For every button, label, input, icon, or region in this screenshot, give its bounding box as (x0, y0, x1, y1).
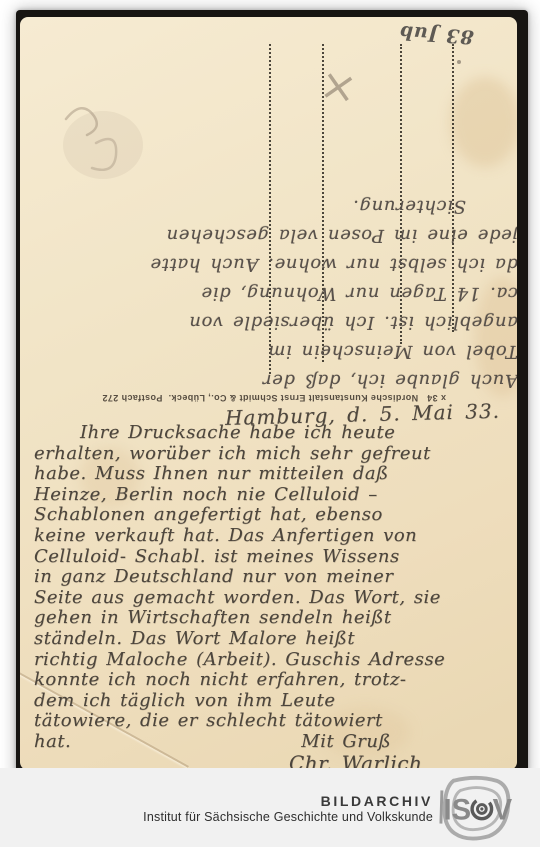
message-final-line: hat. Mit Gruß (34, 732, 516, 753)
inverted-handwriting-block: Auch glaube ich, daß derTobel von Meinsc… (26, 189, 517, 395)
archive-band: BILDARCHIV Institut für Sächsische Gesch… (0, 768, 540, 847)
message-line: richtig Maloche (Arbeit). Guschis Adress… (34, 650, 516, 671)
message-line: Seite aus gemacht worden. Das Wort, sie (34, 588, 516, 609)
message-line: Ihre Drucksache habe ich heute (34, 423, 516, 444)
archive-band-text: BILDARCHIV Institut für Sächsische Gesch… (143, 794, 433, 826)
message-line: Heinze, Berlin noch nie Celluloid – (34, 485, 516, 506)
message-lines: Ihre Drucksache habe ich heuteerhalten, … (34, 423, 516, 732)
message-block: Ihre Drucksache habe ich heuteerhalten, … (34, 423, 516, 770)
isgv-logo: IS V (438, 772, 514, 844)
message-line: Schablonen angefertigt hat, ebenso (34, 505, 516, 526)
message-line: keine verkauft hat. Das Anfertigen von (34, 526, 516, 547)
inverted-handwriting-line: Tobel von Meinschein im (26, 337, 517, 366)
pencil-smudge (48, 85, 168, 205)
message-line: ständeln. Das Wort Malore heißt (34, 629, 516, 650)
archive-subtitle: Institut für Sächsische Geschichte und V… (143, 809, 433, 826)
pencil-x-mark: × (316, 58, 361, 115)
message-line: tätowiere, die er schlecht tätowiert (34, 711, 516, 732)
isgv-logo-letters-is: IS (444, 795, 472, 827)
message-line: dem ich täglich von ihm Leute (34, 691, 516, 712)
isgv-logo-letter-v: V (493, 795, 513, 827)
message-line: Celluloid- Schabl. ist meines Wissens (34, 547, 516, 568)
message-line: in ganz Deutschland nur von meiner (34, 567, 516, 588)
message-line: erhalten, worüber ich mich sehr gefreut (34, 444, 516, 465)
archive-title: BILDARCHIV (143, 794, 433, 809)
closing-greeting: Mit Gruß (301, 732, 391, 753)
postcard-scan: × 83 Jub Auch glaube ich, daß derTobel v… (20, 17, 517, 770)
message-line: konnte ich noch nicht erfahren, trotz- (34, 670, 516, 691)
inverted-handwriting-line: Sichterung. (26, 192, 466, 221)
inverted-handwriting-line: angeblich ist. Ich übersiedle von (26, 308, 517, 337)
pencil-dot (457, 60, 461, 64)
message-line: habe. Muss Ihnen nur mitteilen daß (34, 464, 516, 485)
inverted-handwriting-line: Auch glaube ich, daß der (26, 366, 517, 395)
message-line: gehen in Wirtschaften sendeln heißt (34, 608, 516, 629)
inverted-handwriting-line: ca. 14 Tagen nur Wohnung, die (26, 279, 517, 308)
inverted-handwriting-line: da ich selbst nur wohne. Auch hatte (26, 250, 517, 279)
inverted-handwriting-line: jede eine im Posen vela geschehen (26, 221, 517, 250)
message-last-word: hat. (34, 732, 71, 753)
paper-stain (450, 77, 517, 167)
